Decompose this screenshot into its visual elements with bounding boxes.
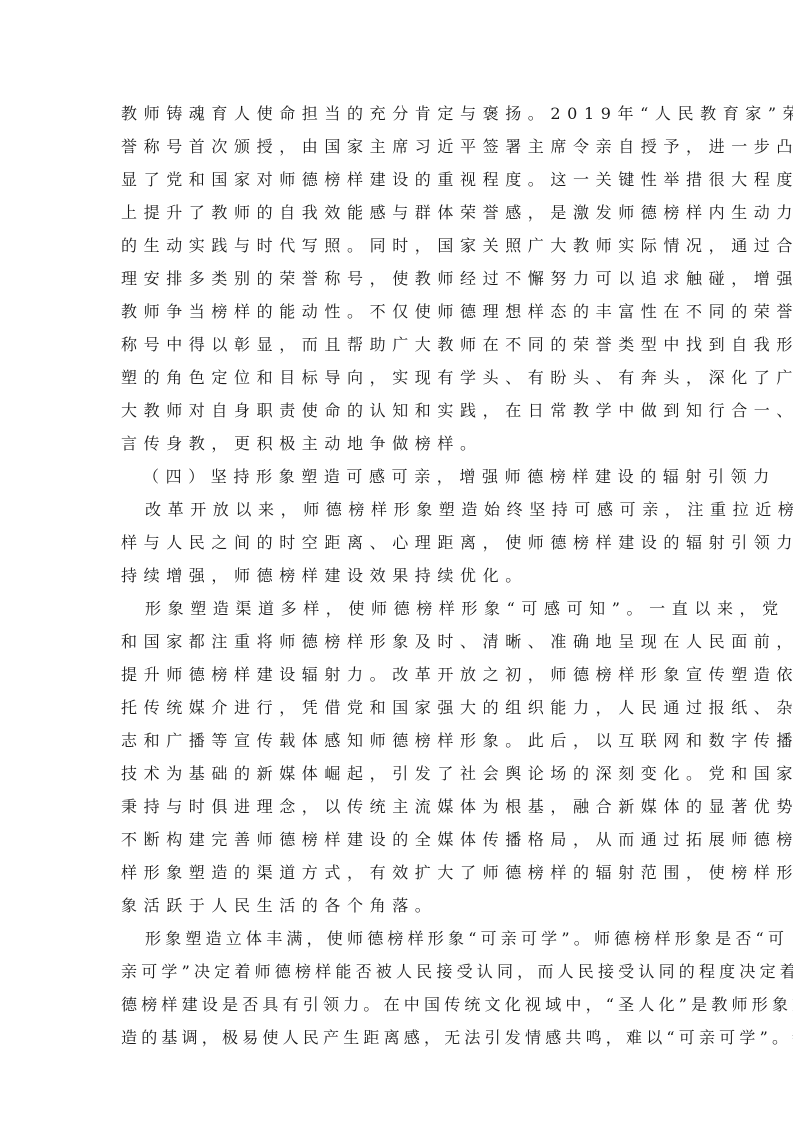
text-line: 提升师德榜样建设辐射力。改革开放之初，师德榜样形象宣传塑造依 bbox=[121, 658, 669, 691]
text-line: 改革开放以来，师德榜样形象塑造始终坚持可感可亲，注重拉近榜 bbox=[121, 493, 669, 526]
text-line: 不断构建完善师德榜样建设的全媒体传播格局，从而通过拓展师德榜 bbox=[121, 823, 669, 856]
text-line: 亲可学”决定着师德榜样能否被人民接受认同，而人民接受认同的程度决定着师 bbox=[121, 955, 669, 988]
text-line: 教师铸魂育人使命担当的充分肯定与褒扬。2019年“人民教育家”荣 bbox=[121, 97, 669, 130]
text-line: 称号中得以彰显，而且帮助广大教师在不同的荣誉类型中找到自我形 bbox=[121, 328, 669, 361]
paragraph: 形象塑造立体丰满，使师德榜样形象“可亲可学”。师德榜样形象是否“可 亲可学”决定… bbox=[121, 922, 669, 1054]
text-line: 上提升了教师的自我效能感与群体荣誉感，是激发师德榜样内生动力 bbox=[121, 196, 669, 229]
text-line: 塑的角色定位和目标导向，实现有学头、有盼头、有奔头，深化了广 bbox=[121, 361, 669, 394]
paragraph: 改革开放以来，师德榜样形象塑造始终坚持可感可亲，注重拉近榜 样与人民之间的时空距… bbox=[121, 493, 669, 592]
text-line: 形象塑造渠道多样，使师德榜样形象“可感可知”。一直以来，党 bbox=[121, 592, 669, 625]
text-line: 样与人民之间的时空距离、心理距离，使师德榜样建设的辐射引领力 bbox=[121, 526, 669, 559]
text-line: 样形象塑造的渠道方式，有效扩大了师德榜样的辐射范围，使榜样形 bbox=[121, 856, 669, 889]
document-page: 教师铸魂育人使命担当的充分肯定与褒扬。2019年“人民教育家”荣 誉称号首次颁授… bbox=[121, 97, 669, 1054]
text-line: 显了党和国家对师德榜样建设的重视程度。这一关键性举措很大程度 bbox=[121, 163, 669, 196]
paragraph: 形象塑造渠道多样，使师德榜样形象“可感可知”。一直以来，党 和国家都注重将师德榜… bbox=[121, 592, 669, 922]
text-line: 德榜样建设是否具有引领力。在中国传统文化视域中，“圣人化”是教师形象塑 bbox=[121, 988, 669, 1021]
text-line: 的生动实践与时代写照。同时，国家关照广大教师实际情况，通过合 bbox=[121, 229, 669, 262]
paragraph-continuation: 教师铸魂育人使命担当的充分肯定与褒扬。2019年“人民教育家”荣 誉称号首次颁授… bbox=[121, 97, 669, 460]
text-line: 持续增强，师德榜样建设效果持续优化。 bbox=[121, 559, 669, 592]
text-line: 言传身教，更积极主动地争做榜样。 bbox=[121, 427, 669, 460]
section-heading: （四）坚持形象塑造可感可亲，增强师德榜样建设的辐射引领力 bbox=[121, 460, 669, 493]
text-line: 和国家都注重将师德榜样形象及时、清晰、准确地呈现在人民面前， bbox=[121, 625, 669, 658]
text-line: 秉持与时俱进理念，以传统主流媒体为根基，融合新媒体的显著优势， bbox=[121, 790, 669, 823]
text-line: 誉称号首次颁授，由国家主席习近平签署主席令亲自授予，进一步凸 bbox=[121, 130, 669, 163]
text-line: 托传统媒介进行，凭借党和国家强大的组织能力，人民通过报纸、杂 bbox=[121, 691, 669, 724]
text-line: 理安排多类别的荣誉称号，使教师经过不懈努力可以追求触碰，增强 bbox=[121, 262, 669, 295]
section-heading-text: （四）坚持形象塑造可感可亲，增强师德榜样建设的辐射引领力 bbox=[121, 460, 669, 493]
text-line: 形象塑造立体丰满，使师德榜样形象“可亲可学”。师德榜样形象是否“可 bbox=[121, 922, 669, 955]
text-line: 大教师对自身职责使命的认知和实践，在日常教学中做到知行合一、 bbox=[121, 394, 669, 427]
text-line: 造的基调，极易使人民产生距离感，无法引发情感共鸣，难以“可亲可学”。针 bbox=[121, 1021, 669, 1054]
text-line: 象活跃于人民生活的各个角落。 bbox=[121, 889, 669, 922]
text-line: 教师争当榜样的能动性。不仅使师德理想样态的丰富性在不同的荣誉 bbox=[121, 295, 669, 328]
text-line: 技术为基础的新媒体崛起，引发了社会舆论场的深刻变化。党和国家 bbox=[121, 757, 669, 790]
text-line: 志和广播等宣传载体感知师德榜样形象。此后，以互联网和数字传播 bbox=[121, 724, 669, 757]
